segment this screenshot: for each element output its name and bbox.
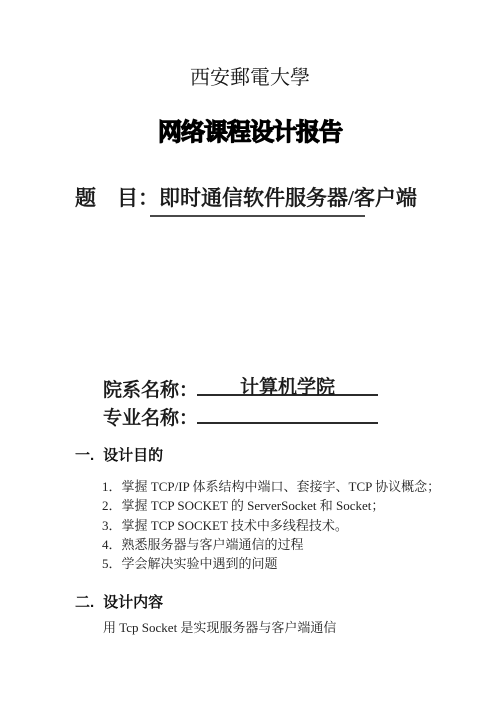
list-item: 5．学会解决实验中遇到的问题	[102, 554, 440, 573]
report-cover-page: 西安郵電大學 网络课程设计报告 题 目：即时通信软件服务器/客户端 院系名称： …	[0, 0, 500, 707]
section-number: 一.	[75, 444, 94, 465]
department-field-value: 计算机学院	[197, 372, 378, 396]
topic-label: 题 目：	[75, 186, 159, 210]
list-item: 1．掌握 TCP/IP 体系结构中端口、套接字、TCP 协议概念；	[102, 477, 440, 496]
section-title: 设计目的	[103, 447, 163, 464]
purpose-list: 1．掌握 TCP/IP 体系结构中端口、套接字、TCP 协议概念； 2．掌握 T…	[102, 477, 440, 573]
list-item: 2．掌握 TCP SOCKET 的 ServerSocket 和 Socket；	[102, 496, 440, 515]
major-field-value	[197, 400, 378, 424]
topic-line: 题 目：即时通信软件服务器/客户端	[75, 182, 417, 212]
section-heading-purpose: 一.设计目的	[75, 444, 163, 465]
section-title: 设计内容	[103, 594, 163, 611]
topic-underline	[150, 215, 365, 217]
topic-value: 即时通信软件服务器/客户端	[159, 186, 417, 210]
report-title: 网络课程设计报告	[0, 112, 500, 147]
section-heading-content: 二.设计内容	[75, 591, 163, 612]
university-name: 西安郵電大學	[0, 61, 500, 90]
section-number: 二.	[75, 591, 94, 612]
list-item: 3．掌握 TCP SOCKET 技术中多线程技术。	[102, 516, 440, 535]
list-item: 4．熟悉服务器与客户端通信的过程	[102, 535, 440, 554]
content-paragraph: 用 Tcp Socket 是实现服务器与客户端通信	[103, 617, 336, 636]
department-field-label: 院系名称：	[103, 375, 198, 402]
major-field-label: 专业名称：	[103, 403, 198, 430]
